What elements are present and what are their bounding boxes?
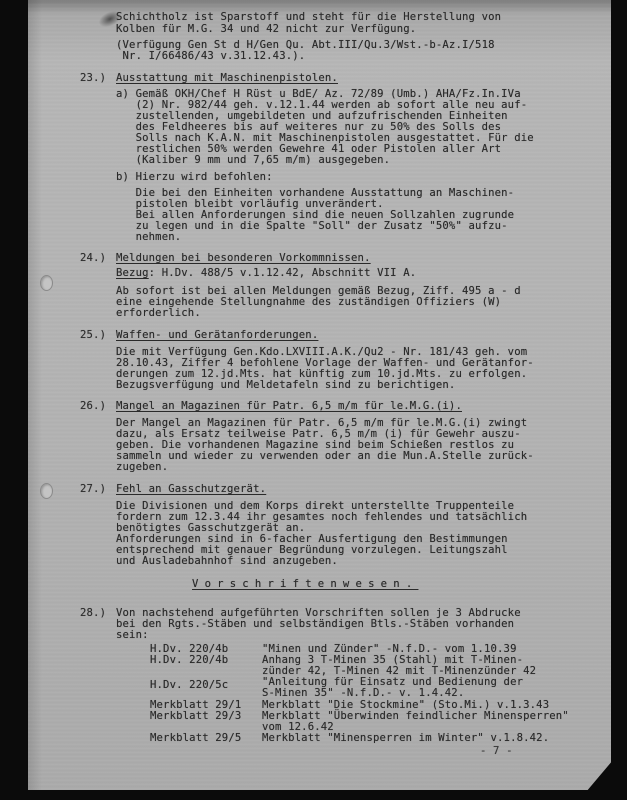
section-27-number: 27.) (80, 484, 106, 495)
reference-text: : H.Dv. 488/5 v.1.12.42, Abschnitt VII A… (149, 267, 417, 279)
section-24-number: 24.) (80, 253, 106, 264)
section-24-title: Meldungen bei besonderen Vorkommnissen. (116, 253, 371, 264)
section-23-a-line: (Kaliber 9 mm und 7,65 m/m) ausgegeben. (116, 155, 390, 166)
regulation-code: H.Dv. 220/5c (150, 680, 228, 691)
section-25-number: 25.) (80, 330, 106, 341)
intro-line-2: Kolben für M.G. 34 und 42 nicht zur Verf… (116, 24, 416, 35)
section-26-line: zugeben. (116, 462, 168, 473)
section-27-title: Fehl an Gasschutzgerät. (116, 484, 266, 495)
section-23-title: Ausstattung mit Maschinenpistolen. (116, 73, 338, 84)
regulation-code: Merkblatt 29/5 (150, 733, 241, 744)
punch-hole-bottom (40, 483, 53, 499)
page-number: - 7 - (480, 746, 513, 757)
section-26-number: 26.) (80, 401, 106, 412)
section-23-b-line: nehmen. (116, 232, 181, 243)
section-23-b-heading: b) Hierzu wird befohlen: (116, 172, 273, 183)
section-28-intro-line: sein: (116, 630, 149, 641)
intro-line-1: Schichtholz ist Sparstoff und steht für … (116, 12, 501, 23)
section-24-reference: Bezug: H.Dv. 488/5 v.1.12.42, Abschnitt … (116, 268, 416, 279)
regulation-code: H.Dv. 220/4b (150, 655, 228, 666)
section-25-line: Bezugsverfügung und Meldetafeln sind zu … (116, 380, 455, 391)
section-23-number: 23.) (80, 73, 106, 84)
section-26-title: Mangel an Magazinen für Patr. 6,5 m/m fü… (116, 401, 462, 412)
section-24-line: erforderlich. (116, 308, 201, 319)
regulation-description: S-Minen 35" -N.f.D.- v. 1.4.42. (262, 688, 464, 699)
regulation-code: Merkblatt 29/3 (150, 711, 241, 722)
section-heading-vorschriftenwesen: Vorschriftenwesen. (192, 579, 418, 590)
intro-reference-2: Nr. I/66486/43 v.31.12.43.). (116, 51, 305, 62)
regulation-description: Merkblatt "Minensperren im Winter" v.1.8… (262, 733, 549, 744)
section-28-number: 28.) (80, 608, 106, 619)
section-28-intro-line: bei den Rgts.-Stäben und selbständigen B… (116, 619, 514, 630)
section-25-title: Waffen- und Gerätanforderungen. (116, 330, 318, 341)
section-27-line: und Ausladebahnhof sind anzugeben. (116, 556, 338, 567)
section-26-line: sammeln und wieder zu verwenden oder an … (116, 451, 534, 462)
reference-label: Bezug (116, 267, 149, 279)
punch-hole-top (40, 275, 53, 291)
